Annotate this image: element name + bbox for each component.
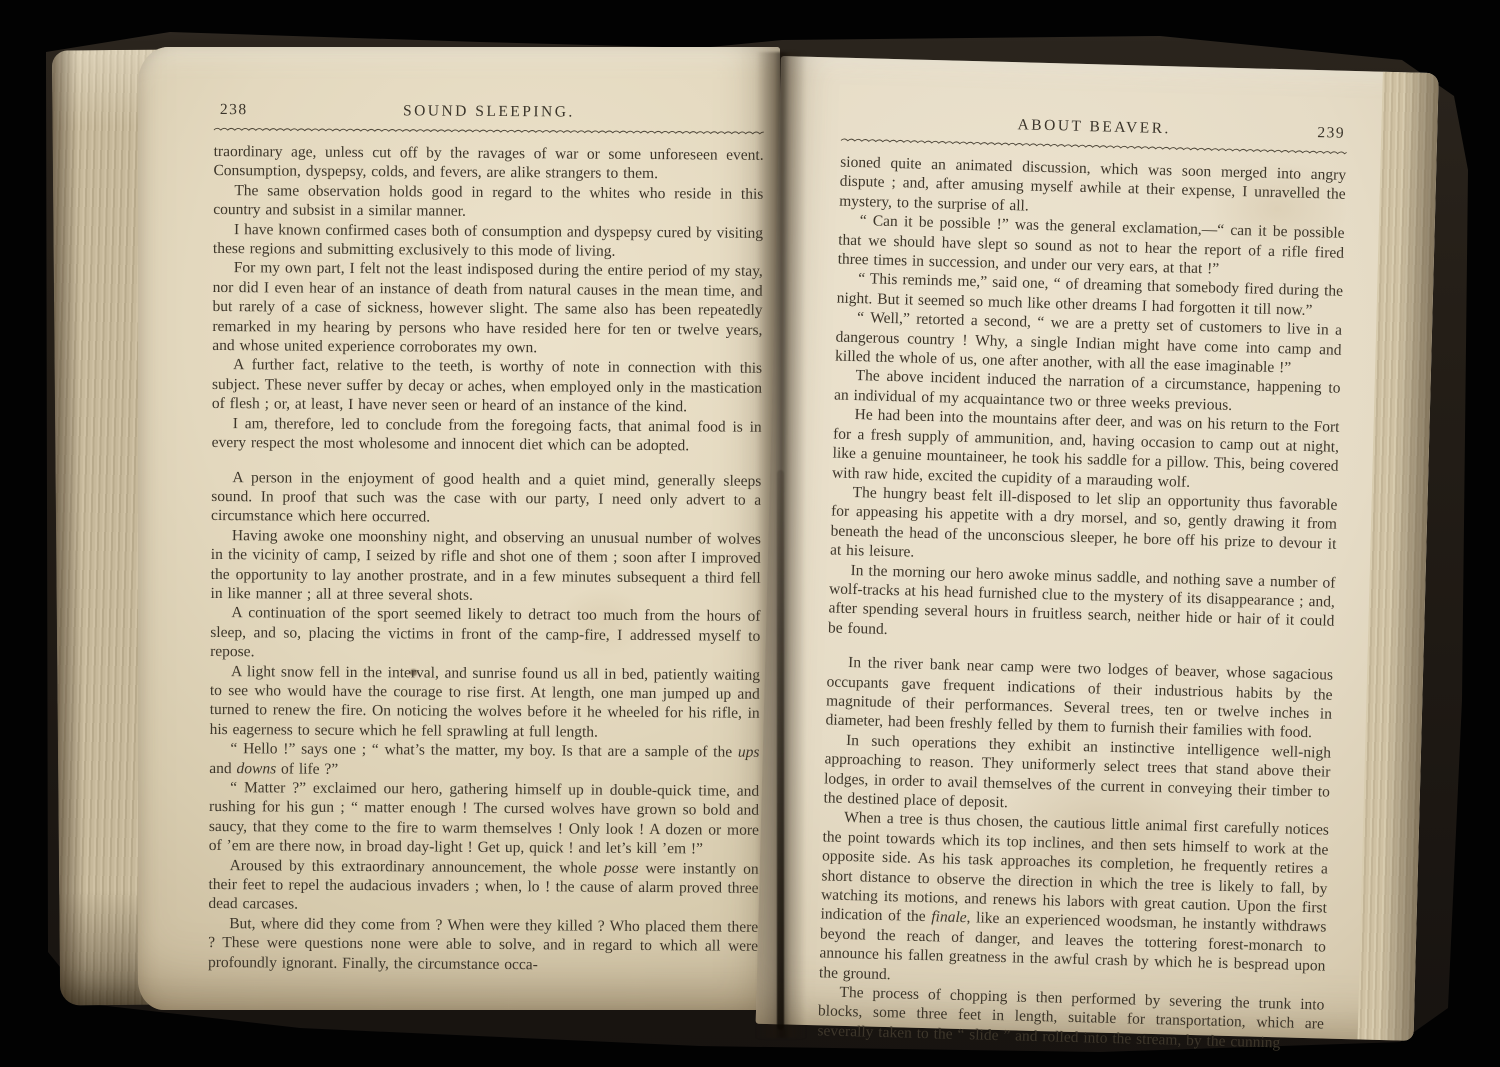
paragraph: In the morning our hero awoke minus sadd… xyxy=(828,560,1336,651)
paragraph: Having awoke one moonshiny night, and ob… xyxy=(210,526,761,607)
left-running-head: SOUND SLEEPING. xyxy=(214,101,764,123)
paragraph: “ Hello !” says one ; “ what’s the matte… xyxy=(209,739,759,782)
paragraph: He had been into the mountains after dee… xyxy=(832,405,1340,496)
paragraph: Aroused by this extraordinary announceme… xyxy=(208,856,758,918)
right-page: ABOUT BEAVER. 239 sioned quite an animat… xyxy=(756,56,1439,1041)
paragraph: In the river bank near camp were two lod… xyxy=(825,653,1333,744)
paragraph: A continuation of the sport seemed likel… xyxy=(210,603,760,665)
book-photo: 238 SOUND SLEEPING. traordinary age, unl… xyxy=(0,0,1500,1067)
paragraph: In such operations they exhibit an insti… xyxy=(823,730,1331,821)
paragraph: I have known confirmed cases both of con… xyxy=(213,220,763,263)
paragraph: A light snow fell in the interval, and s… xyxy=(210,662,761,743)
paragraph: traordinary age, unless cut off by the r… xyxy=(213,142,763,185)
left-page-content: 238 SOUND SLEEPING. traordinary age, unl… xyxy=(208,99,764,976)
left-page-text: traordinary age, unless cut off by the r… xyxy=(208,142,764,976)
gutter-shadow-line xyxy=(777,470,784,1030)
right-page-number: 239 xyxy=(1317,124,1345,143)
left-page: 238 SOUND SLEEPING. traordinary age, unl… xyxy=(138,47,780,1010)
paragraph: A person in the enjoyment of good health… xyxy=(211,467,761,529)
paragraph: The same observation holds good in regar… xyxy=(213,181,763,224)
paragraph: The hungry beast felt ill-disposed to le… xyxy=(830,482,1338,573)
right-page-text: sioned quite an animated discussion, whi… xyxy=(817,153,1346,1054)
right-page-content: ABOUT BEAVER. 239 sioned quite an animat… xyxy=(817,110,1347,1054)
paragraph: “ Matter ?” exclaimed our hero, gatherin… xyxy=(209,778,760,859)
paragraph: For my own part, I felt not the least in… xyxy=(212,258,763,359)
paragraph: But, where did they come from ? When wer… xyxy=(208,914,758,976)
left-running-header: 238 SOUND SLEEPING. xyxy=(214,99,764,129)
paragraph: A further fact, relative to the teeth, i… xyxy=(212,355,762,417)
paragraph: When a tree is thus chosen, the cautious… xyxy=(819,808,1329,996)
paragraph: I am, therefore, led to conclude from th… xyxy=(212,414,762,457)
